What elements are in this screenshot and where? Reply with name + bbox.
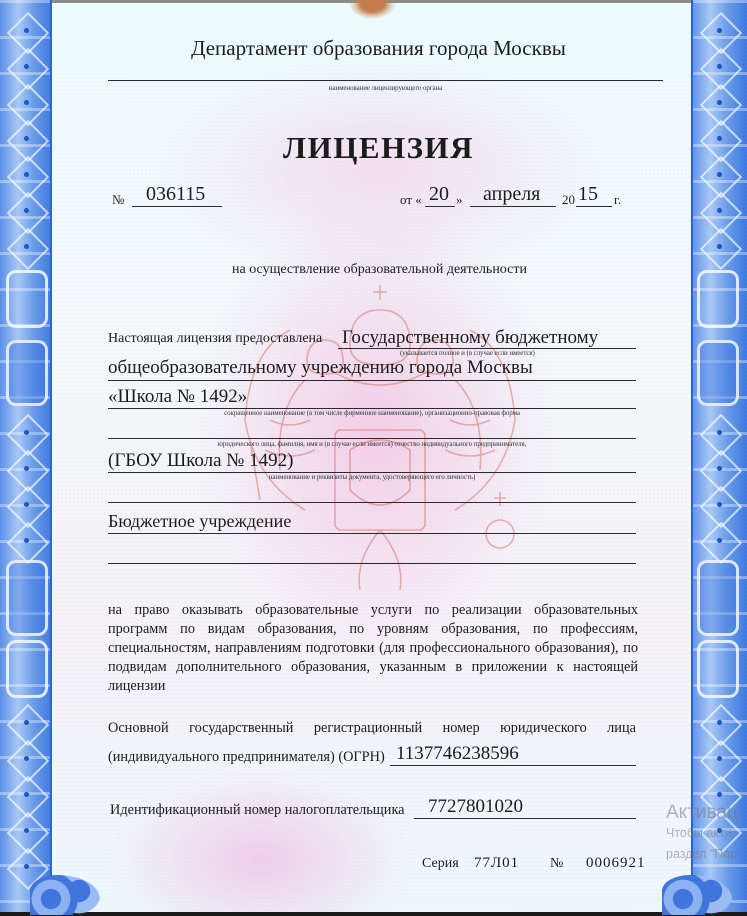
series-value: 77Л01 bbox=[474, 855, 519, 872]
date-month: апреля bbox=[483, 183, 540, 206]
document-title: ЛИЦЕНЗИЯ bbox=[0, 130, 747, 166]
ogrn-word: лица bbox=[607, 720, 636, 737]
license-number-underline bbox=[132, 206, 222, 207]
ogrn-underline bbox=[390, 765, 636, 766]
organization-form: Бюджетное учреждение bbox=[108, 511, 291, 532]
coat-of-arms-watermark-icon bbox=[230, 270, 530, 600]
ogrn-value: 1137746238596 bbox=[396, 743, 519, 765]
issuing-authority: Департамент образования города Москвы bbox=[0, 36, 747, 61]
issuer-underline bbox=[108, 80, 663, 81]
blank-underline-2 bbox=[108, 563, 636, 564]
date-day-close: » bbox=[456, 192, 463, 208]
blank-number-symbol: № bbox=[550, 856, 563, 872]
inn-underline bbox=[414, 818, 636, 819]
date-month-underline bbox=[470, 206, 556, 207]
date-day-underline bbox=[425, 206, 455, 207]
licensee-name-line1: Государственному бюджетному bbox=[342, 327, 598, 349]
date-day: 20 bbox=[429, 183, 449, 206]
licensee-line2-underline bbox=[108, 380, 636, 381]
date-year-underline bbox=[576, 206, 612, 207]
date-prefix: от « bbox=[400, 192, 422, 208]
license-document: Департамент образования города Москвы на… bbox=[0, 0, 747, 912]
org-form-underline bbox=[108, 533, 636, 534]
windows-activation-line2: раздел "Пар bbox=[666, 847, 737, 861]
license-purpose: на осуществление образовательной деятель… bbox=[0, 262, 747, 278]
licensee-name-line2: общеобразовательному учреждению города М… bbox=[108, 357, 533, 379]
series-label: Серия bbox=[422, 856, 459, 872]
inn-value: 7727801020 bbox=[428, 796, 523, 818]
blank-underline-1 bbox=[108, 502, 636, 503]
ogrn-word: Основной bbox=[108, 720, 169, 737]
granted-label: Настоящая лицензия предоставлена bbox=[108, 331, 322, 347]
ogrn-word: государственный bbox=[189, 720, 293, 737]
coat-of-arms-top-icon bbox=[345, 0, 400, 22]
ogrn-label-line1: Основной государственный регистрационный… bbox=[108, 720, 636, 737]
inn-label: Идентификационный номер налогоплательщик… bbox=[110, 802, 405, 819]
legal-entity-underline bbox=[108, 438, 636, 439]
caption-full-name: (указывается полное и (в случае если име… bbox=[400, 349, 535, 357]
license-number: 036115 bbox=[146, 183, 205, 206]
ogrn-word: юридического bbox=[500, 720, 587, 737]
ogrn-word: регистрационный bbox=[314, 720, 422, 737]
license-rights-text: на право оказывать образовательные услуг… bbox=[108, 601, 638, 696]
ogrn-label-line2: (индивидуального предпринимателя) (ОГРН) bbox=[108, 749, 385, 766]
blank-number-value: 0006921 bbox=[586, 855, 646, 872]
caption-legal-entity: юридического лица, фамилия, имя и (в слу… bbox=[108, 440, 636, 448]
licensee-short-name: (ГБОУ Школа № 1492) bbox=[108, 450, 294, 472]
issuer-caption: наименование лицензирующего органа bbox=[108, 84, 663, 92]
licensee-name-line3: «Школа № 1492» bbox=[108, 386, 247, 408]
license-number-symbol: № bbox=[112, 192, 124, 208]
date-year: 15 bbox=[578, 183, 598, 206]
windows-activation-title: Активац bbox=[666, 802, 738, 824]
ogrn-word: номер bbox=[443, 720, 480, 737]
date-year-prefix: 20 bbox=[562, 192, 575, 208]
corner-ornament-bottom-left bbox=[30, 875, 100, 915]
caption-document: наименование и реквизиты документа, удос… bbox=[108, 473, 636, 481]
windows-activation-line1: Чтобы акти bbox=[666, 826, 732, 840]
caption-short-name: сокращенное наименование (в том числе фи… bbox=[108, 409, 636, 417]
date-year-end: г. bbox=[614, 192, 621, 208]
